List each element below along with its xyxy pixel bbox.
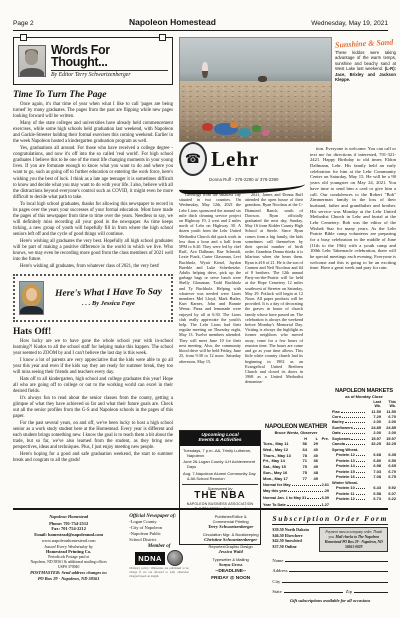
beach-toy [238, 128, 251, 137]
state-blank [284, 588, 343, 593]
caption-heading: Sunshine & Sand [335, 37, 396, 49]
form-state-zip-line: State Zip [272, 588, 388, 594]
payment-note-box: Payment must accompany order. Thank you.… [319, 527, 388, 552]
market-label: Protein 12 [332, 496, 355, 501]
member-of-label: Member of [129, 544, 189, 549]
masthead-footer: Napoleon Homestead Phone: 701-754-2512 F… [13, 514, 388, 614]
dot-leader [356, 463, 365, 467]
paper-name: Napoleon Homestead [129, 17, 216, 27]
editor-photo-shoulders [20, 68, 44, 77]
col-last-week: Last Wk. [366, 400, 381, 408]
official-items: -Logan County-City of Napoleon-Napoleon … [129, 519, 189, 542]
weather-summary-row: Normal Jan. 1 to May 316.39 [263, 495, 329, 502]
editor-photo [18, 45, 46, 77]
beach-toy [202, 123, 213, 131]
lehr-text: tion. Everyone is welcome. You can call … [310, 146, 396, 271]
zip-label: Zip [346, 589, 352, 594]
market-last-week: 6.73 [366, 496, 381, 501]
zip-blank [354, 588, 388, 593]
staff-name: Sonya Gross [194, 562, 268, 567]
masthead-postmaster2: PO Box 29 - Napoleon, ND 58561 [13, 576, 124, 582]
summary-label: Normal for May [263, 483, 291, 489]
editor-photo-face [25, 50, 38, 65]
obituary-policy-note: Obituary policy: Obituaries are publishe… [129, 567, 189, 579]
dot-leader [356, 485, 365, 489]
words-for-thought-box: Words For Thought... By Editor Terry Sch… [13, 37, 173, 85]
market-this-week: 6.75 [381, 474, 396, 479]
words-for-thought-titles: Words For Thought... By Editor Terry Sch… [51, 44, 168, 79]
weather-rows: Tues., May 115629Wed., May 126440Thurs.,… [263, 441, 329, 482]
column-byline: By Editor Terry Schwartzenberger [51, 70, 168, 78]
header-rule [13, 30, 388, 31]
city-blank [282, 578, 388, 583]
caption-text: These kiddos were taking advantage of th… [335, 50, 396, 83]
telephone-icon: ☎ [179, 142, 207, 176]
form-city-line: City [272, 578, 388, 584]
dot-leader [342, 414, 365, 418]
lehr-contact: Donna Ruff - 378-2290 or 378-2390 [209, 177, 305, 182]
event-item: Tuesdays, 7 p.m.-AA, Trinity Lutheran, N… [183, 448, 257, 458]
weather-summary-row: May this year.29 [263, 488, 329, 495]
left-column: Words For Thought... By Editor Terry Sch… [13, 37, 173, 464]
column-title: Words For Thought... [51, 44, 168, 69]
official-item: School District [129, 537, 189, 543]
subscription-rates: $39.50 North Dakota$46.50 Elsewhere$42.5… [272, 527, 316, 552]
staff-block: Publisher/Editor & Commercial Printing T… [194, 514, 268, 614]
dot-leader [351, 436, 365, 440]
paragraph: For the past several years, on and off, … [13, 421, 173, 452]
market-last-week: 7.08 [366, 474, 381, 479]
market-last-week: 32.25 [366, 441, 381, 446]
event-item: Aug. 7-Napoleon Alumni Community Day & A… [183, 471, 257, 481]
deadline-label: --DEADLINE-- [194, 569, 268, 574]
lehr-text: Greetings from the smallest city situate… [179, 192, 241, 364]
columnist-photo [19, 281, 44, 315]
markets-rows: Flax11.5011.50Corn7.296.70Barley2.002.00… [332, 409, 396, 502]
sponsor-name: THE NBA [182, 491, 258, 502]
masthead-title: Napoleon Homestead [13, 514, 124, 520]
staff-role: Circulation Mgr. & Bookkeeping [194, 532, 268, 537]
paragraph: Many of the state colleges and universit… [13, 121, 173, 146]
child-figure [212, 71, 217, 80]
dot-leader [288, 488, 323, 492]
events-box-header: Upcoming Local Events & Activities [180, 431, 260, 446]
member-seal-logo [167, 550, 183, 566]
paragraph: Yes, graduations all around. For those w… [13, 146, 173, 201]
lehr-title: Lehr [211, 149, 259, 170]
newspaper-page: Page 2 Napoleon Homestead Wednesday, May… [0, 0, 400, 618]
lehr-text: 2021, James and Donna Ruff attended the … [245, 192, 303, 385]
lehr-column-header: ☎ Lehr Donna Ruff - 378-2290 or 378-2390 [179, 142, 305, 188]
beach-toy [252, 125, 261, 132]
subscription-rate: $37.50 Online [272, 544, 316, 550]
dot-leader [287, 502, 321, 506]
dot-leader [307, 495, 320, 499]
paragraph: Once again, it's that time of year when … [13, 102, 173, 120]
child-figure [258, 76, 267, 82]
staff-name: Jessica Wald [194, 549, 268, 554]
dot-leader [354, 425, 365, 429]
markets-subtitle: as of Monday Close [332, 394, 396, 399]
lehr-text-column-3: tion. Everyone is welcome. You can call … [310, 146, 396, 384]
events-list: Tuesdays, 7 p.m.-AA, Trinity Lutheran, N… [180, 446, 260, 484]
paragraph: How lucky are we to have gone the whole … [13, 339, 173, 357]
subscription-title: Subscription Order Form [272, 514, 388, 525]
page-number: Page 2 [13, 20, 34, 27]
article-body: How lucky are we to have gone the whole … [13, 339, 173, 464]
summary-value: .29 [324, 489, 329, 495]
photo-caption: Sunshine & Sand These kiddos were taking… [335, 39, 396, 83]
ndna-logo: NDNA [135, 552, 165, 565]
paragraph: Here's hoping for a good and safe gradua… [13, 452, 173, 464]
member-logos: NDNA [129, 550, 189, 566]
paragraph: Hats off to all kindergarten, high schoo… [13, 377, 173, 395]
summary-value: 6.39 [322, 496, 329, 502]
city-label: City [272, 579, 280, 584]
address-label: Address [272, 568, 287, 573]
name-label: Name [272, 558, 283, 563]
address-blank [289, 567, 388, 572]
weather-summary: Normal for May2.61May this year.29Normal… [263, 482, 329, 509]
lake-photo [179, 37, 332, 142]
footer-rule [13, 508, 388, 510]
lehr-text-column-2: 2021, James and Donna Ruff attended the … [245, 192, 303, 428]
dot-leader [356, 496, 365, 500]
paragraph: I know a lot of parents are very appreci… [13, 358, 173, 376]
dot-leader [356, 452, 365, 456]
dot-leader [342, 430, 365, 434]
lehr-text-column-1: Greetings from the smallest city situate… [179, 192, 241, 428]
dot-leader [356, 458, 365, 462]
sponsor-subtitle: Napoleon Business Association [182, 502, 258, 506]
markets-column-headers: Last Wk. This Wk. [332, 400, 396, 408]
issue-date: Wednesday, May 19, 2021 [311, 20, 388, 27]
dot-leader [345, 419, 365, 423]
payment-address: PO Box 29 - Napoleon, ND 58561-0029 [342, 540, 383, 549]
beach-toy [262, 130, 269, 136]
market-row: Protein 126.736.22 [332, 496, 396, 501]
market-this-week: 6.22 [381, 496, 396, 501]
market-this-week: 32.25 [381, 441, 396, 446]
staff-name: Christine Schwartzenberger [194, 537, 268, 542]
markets-box: NAPOLEON MARKETS as of Monday Close Last… [332, 388, 396, 501]
dot-leader [356, 469, 365, 473]
article-title: Time To Turn The Page [13, 90, 173, 100]
paragraph: Here's wishing all graduates the very be… [13, 239, 173, 264]
events-header-line2: Events & Activities [180, 438, 260, 444]
article-body: Once again, it's that time of year when … [13, 102, 173, 270]
dot-leader [346, 441, 365, 445]
beach-texture [180, 84, 331, 141]
form-address-line: Address [272, 567, 388, 573]
paragraph: It's always fun to read about the senior… [13, 396, 173, 421]
columnist-photo-shirt [20, 306, 43, 315]
col-this-week: This Wk. [381, 400, 396, 408]
dot-leader [292, 482, 321, 486]
summary-label: May this year [263, 489, 287, 495]
event-item: June 26-Logan County 4-H Achievement Day… [183, 459, 257, 469]
official-newspaper-block: Official Newspaper of: -Logan County-Cit… [129, 514, 189, 614]
paragraph: To local high school graduates, thanks f… [13, 202, 173, 239]
name-blank [285, 557, 388, 562]
subscription-form: Subscription Order Form $39.50 North Dak… [272, 514, 388, 614]
article-title: Hats Off! [13, 327, 173, 337]
state-label: State [272, 589, 281, 594]
heres-what-box: Here's What I Have To Say . . . By Jessi… [13, 274, 173, 322]
dot-leader [356, 474, 365, 478]
columnist-photo-face [26, 288, 37, 301]
column-byline: . . . By Jessica Faye [50, 300, 167, 307]
weather-observer: Bruce Wentz, Observer [263, 430, 329, 435]
form-name-line: Name [272, 557, 388, 563]
heres-what-titles: Here's What I Have To Say . . . By Jessi… [50, 288, 167, 307]
gift-note: Gift subscriptions available for all occ… [272, 598, 388, 603]
masthead-block: Napoleon Homestead Phone: 701-754-2512 F… [13, 514, 124, 614]
dot-leader [356, 491, 365, 495]
staff-name: Terry Schwartzenberger [194, 524, 268, 529]
paragraph: Here's wishing all graduates, from whate… [13, 264, 173, 270]
beach-toy [230, 122, 238, 128]
column-title: Here's What I Have To Say [50, 287, 167, 299]
dot-leader [341, 409, 365, 413]
page-header: Page 2 Napoleon Homestead Wednesday, May… [13, 17, 388, 27]
deadline-value: FRIDAY @ NOON [194, 576, 268, 581]
person-figure [202, 62, 208, 78]
weather-summary-row: Normal for May2.61 [263, 482, 329, 489]
